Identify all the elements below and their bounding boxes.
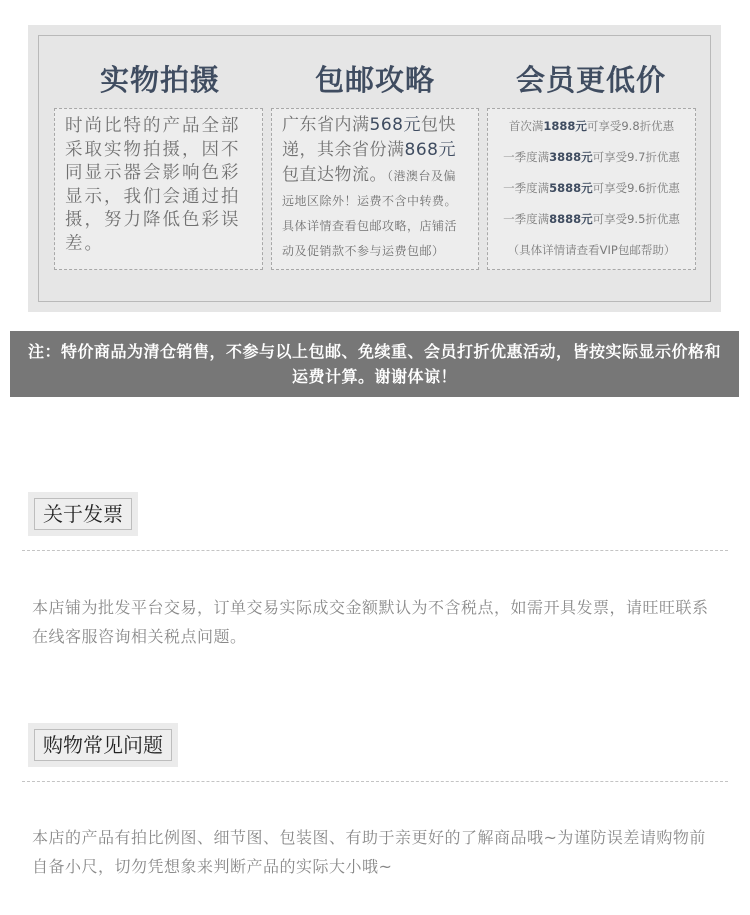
faq-section-text: 本店的产品有拍比例图、细节图、包装图、有助于亲更好的了解商品哦~为谨防误差请购物… — [32, 823, 722, 881]
shipping-amount-1: 568元 — [370, 115, 421, 135]
tier-suffix: 可享受9.8折优惠 — [587, 119, 674, 133]
faq-heading-label: 购物常见问题 — [34, 729, 172, 761]
tier-prefix: 一季度满 — [503, 150, 549, 164]
tier-suffix: 可享受9.5折优惠 — [593, 212, 680, 226]
member-pricing-title: 会员更低价 — [486, 58, 696, 99]
shipping-amount-2: 868元 — [405, 140, 456, 160]
member-pricing-footnote: （具体详情请查看VIP包邮帮助） — [494, 235, 689, 266]
member-tier-row: 首次满1888元可享受9.8折优惠 — [494, 111, 689, 142]
member-tier-row: 一季度满5888元可享受9.6折优惠 — [494, 173, 689, 204]
tier-amount: 1888元 — [543, 119, 587, 133]
invoice-heading-label: 关于发票 — [34, 498, 132, 530]
tier-suffix: 可享受9.7折优惠 — [593, 150, 680, 164]
tier-amount: 8888元 — [549, 212, 593, 226]
photo-policy-title: 实物拍摄 — [54, 58, 266, 99]
info-panel: 实物拍摄 包邮攻略 会员更低价 时尚比特的产品全部采取实物拍摄，因不同显示器会影… — [28, 25, 721, 312]
member-tier-row: 一季度满3888元可享受9.7折优惠 — [494, 142, 689, 173]
member-tier-row: 一季度满8888元可享受9.5折优惠 — [494, 204, 689, 235]
info-panel-inner: 实物拍摄 包邮攻略 会员更低价 时尚比特的产品全部采取实物拍摄，因不同显示器会影… — [38, 35, 711, 302]
section-divider — [22, 781, 728, 782]
tier-suffix: 可享受9.6折优惠 — [593, 181, 680, 195]
shipping-text-3: 包直达物流。 — [282, 165, 387, 185]
shipping-policy-main: 广东省内满568元包快递，其余省份满868元包直达物流。（港澳台及偏远地区除外！… — [282, 113, 468, 263]
product-detail-info-page: 实物拍摄 包邮攻略 会员更低价 时尚比特的产品全部采取实物拍摄，因不同显示器会影… — [0, 0, 750, 915]
shipping-policy-box: 广东省内满568元包快递，其余省份满868元包直达物流。（港澳台及偏远地区除外！… — [271, 108, 479, 270]
tier-prefix: 首次满 — [509, 119, 544, 133]
photo-policy-box: 时尚比特的产品全部采取实物拍摄，因不同显示器会影响色彩显示，我们会通过拍摄，努力… — [54, 108, 263, 270]
tier-prefix: 一季度满 — [503, 212, 549, 226]
clearance-note-banner: 注：特价商品为清仓销售，不参与以上包邮、免续重、会员打折优惠活动，皆按实际显示价… — [10, 331, 739, 397]
faq-section-heading: 购物常见问题 — [28, 723, 178, 767]
shipping-text-1: 广东省内满 — [282, 115, 370, 135]
member-pricing-box: 首次满1888元可享受9.8折优惠 一季度满3888元可享受9.7折优惠 一季度… — [487, 108, 696, 270]
invoice-section-text: 本店铺为批发平台交易，订单交易实际成交金额默认为不含税点，如需开具发票，请旺旺联… — [32, 593, 722, 651]
tier-amount: 5888元 — [549, 181, 593, 195]
photo-policy-text: 时尚比特的产品全部采取实物拍摄，因不同显示器会影响色彩显示，我们会通过拍摄，努力… — [65, 115, 252, 256]
tier-prefix: 一季度满 — [503, 181, 549, 195]
tier-amount: 3888元 — [549, 150, 593, 164]
invoice-section-heading: 关于发票 — [28, 492, 138, 536]
shipping-policy-title: 包邮攻略 — [270, 58, 480, 99]
section-divider — [22, 550, 728, 551]
